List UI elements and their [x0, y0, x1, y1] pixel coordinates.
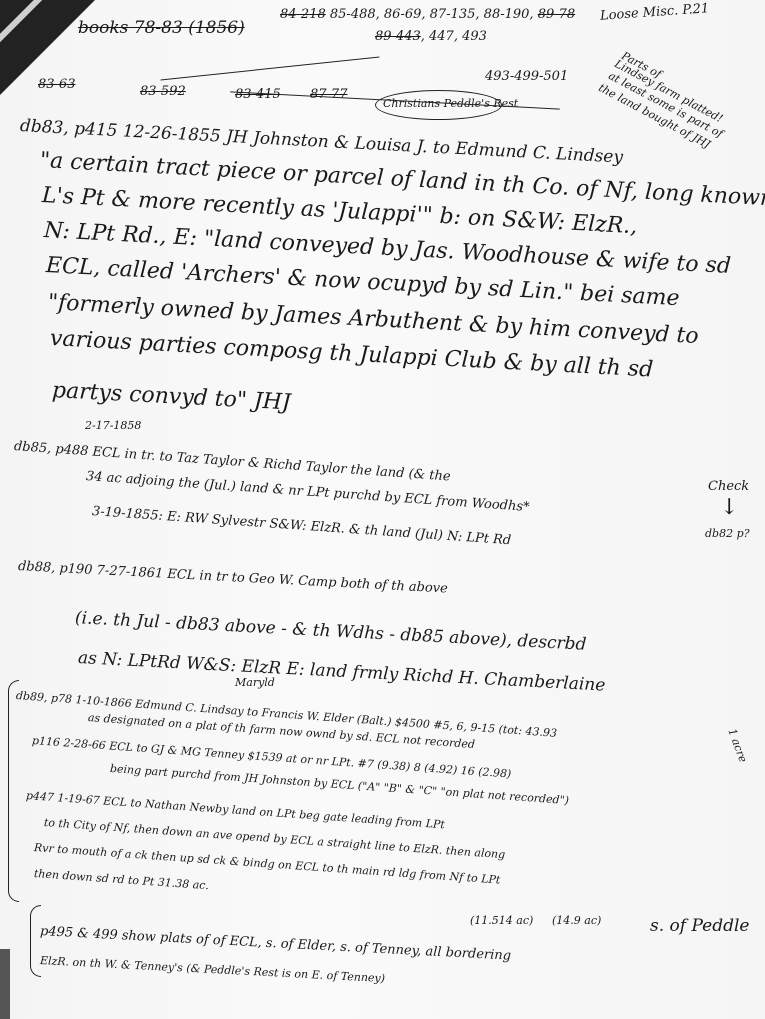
annotation-acres-2: (14.9 ac): [552, 915, 601, 926]
maryland-note: Maryld: [235, 677, 275, 688]
entry-1-line-8: partys convyd to" JHJ: [51, 380, 291, 414]
page-refs-line1: 84-218 85-488, 86-69, 87-135, 88-190, 89…: [280, 8, 575, 21]
page-edge-shadow: [0, 949, 10, 1019]
side-right-note: 1 acre: [726, 727, 748, 764]
page-refs-line2: 89-443, 447, 493: [375, 30, 487, 43]
page-refs-line3: 493-499-501: [485, 70, 568, 83]
handwritten-page: books 78-83 (1856) 84-218 85-488, 86-69,…: [0, 0, 765, 1019]
entry-5-line-2: ElzR. on th W. & Tenney's (& Peddle's Re…: [40, 955, 386, 984]
check-note: Check: [708, 480, 749, 493]
entry-4-line-8: then down sd rd to Pt 31.38 ac.: [34, 868, 210, 891]
entry-3-line-2: (i.e. th Jul - db83 above - & th Wdhs - …: [75, 610, 587, 654]
struck-ref-2: 83-592: [140, 85, 186, 98]
margin-ref: db82 p?: [705, 528, 750, 539]
annotation-acres-1: (11.514 ac): [470, 915, 533, 926]
entry-2-line-3: 3-19-1855: E: RW Sylvestr S&W: ElzR. & t…: [92, 505, 512, 547]
scribble-line: [161, 57, 380, 81]
struck-books-ref: books 78-83 (1856): [78, 20, 245, 37]
arrow-down-icon: ↓: [720, 495, 738, 520]
entry-3-line-1: db88, p190 7-27-1861 ECL in tr to Geo W.…: [18, 560, 448, 596]
entry-2-line-1: db85, p488 ECL in tr. to Taz Taylor & Ri…: [14, 440, 451, 483]
struck-ref-4: 87-77: [310, 88, 347, 101]
entry-3-line-3: as N: LPtRd W&S: ElzR E: land frmly Rich…: [78, 650, 606, 695]
entry-2-date: 2-17-1858: [85, 420, 141, 431]
annotation-peddle: s. of Peddle: [650, 918, 749, 935]
bracket-mark: [8, 680, 19, 902]
loose-misc-label: Loose Misc. P.21: [600, 2, 710, 23]
struck-ref-1: 83-63: [38, 78, 75, 91]
